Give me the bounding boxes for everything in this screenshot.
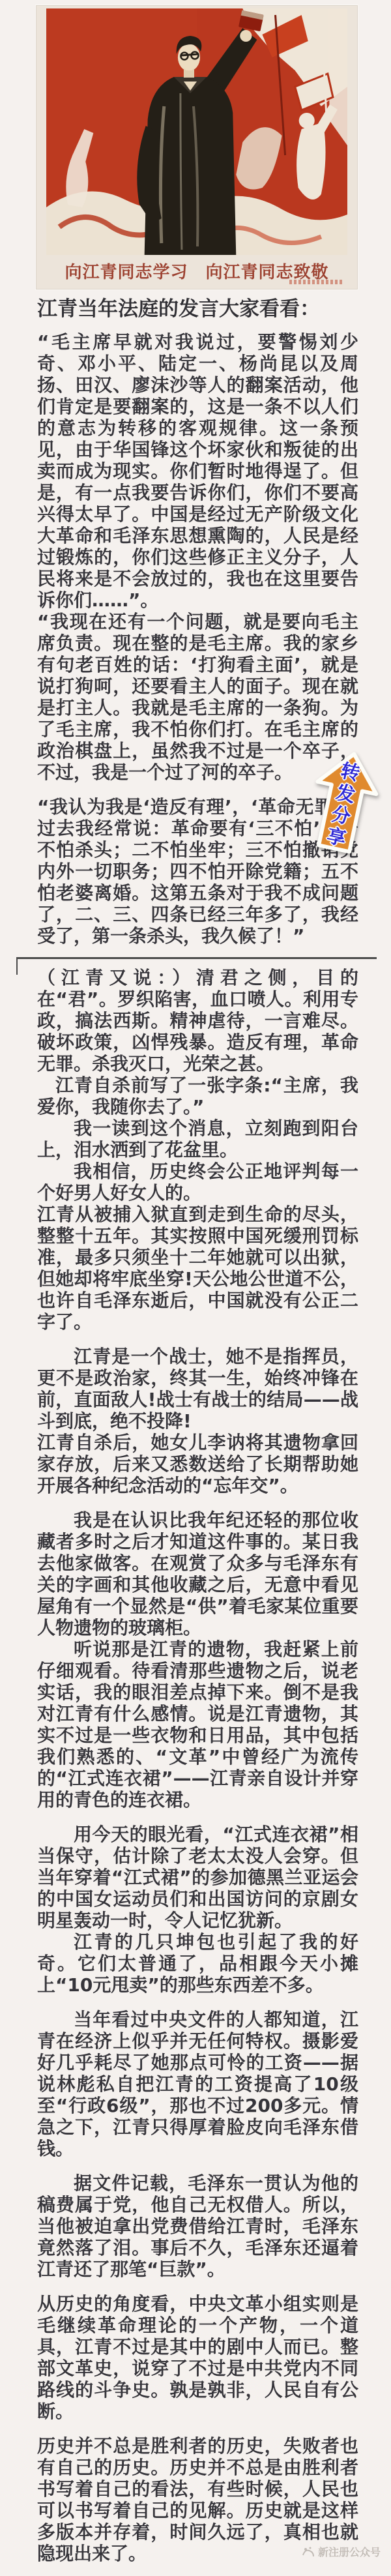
article-paragraph: 据文件记载，毛泽东一贯认为他的稿费属于党，他自己无权借人。所以，当他被迫拿出党费… [37, 2172, 358, 2280]
article-paragraph: 我一读到这个消息，立刻跑到阳台上，泪水洒到了花盆里。 [37, 1118, 358, 1161]
watermark-text: 新注册公众号 [318, 2544, 381, 2559]
watermark: 新注册公众号 [301, 2544, 381, 2559]
article-paragraph: 用今天的眼光看，“江式连衣裙”相当保守，估计除了老太太没人会穿。但当年穿着“江式… [37, 1824, 358, 1931]
section-divider [16, 957, 377, 959]
share-badge-char: 享 [325, 824, 348, 850]
article-title: 江青当年法庭的发言大家看看： [37, 296, 358, 322]
article-paragraph: 江青自杀前写了一张字条:“主席，我爱你，我随你去了。” [37, 1074, 358, 1118]
article-paragraph: 江青是一个战士，她不是指挥员，更不是政治家，终其一生，始终冲锋在前，直面敌人!战… [37, 1346, 358, 1432]
article-paragraph: 当年看过中央文件的人都知道，江青在经济上似乎并无任何特权。摄影爱好几乎耗尽了她那… [37, 2009, 358, 2159]
propaganda-poster: 向江青同志学习 向江青同志致敬 [36, 5, 358, 289]
article-paragraph: 江青自杀后，她女儿李讷将其遗物拿回家存放，后来又悉数送给了长期帮助她开展各种纪念… [37, 1432, 358, 1496]
article-paragraph: 从历史的角度看，中央文革小组实则是毛继续革命理论的一个产物，一个道具，江青不过是… [37, 2293, 358, 2422]
article-paragraph: 我是在认识比我年纪还轻的那位收藏者多时之后才知道这件事的。某日我去他家做客。在观… [37, 1509, 358, 1638]
article-paragraph: （江青又说：）清君之侧，目的在“君”。罗织陷害，血口喷人。利用专政，搞法西斯。精… [37, 967, 358, 1074]
poster-credit-fineprint [289, 280, 343, 284]
poster-caption: 向江青同志学习 向江青同志致敬 [36, 255, 357, 283]
poster-image [46, 8, 347, 255]
article-paragraph: “我现在还有一个问题，就是要向毛主席负责。现在整的是毛主席。我的家乡有句老百姓的… [37, 611, 358, 783]
article-paragraph: 江青从被捕入狱直到走到生命的尽头，整整十五年。其实按照中国死缓刑罚标准，最多只须… [37, 1204, 358, 1333]
watermark-icon [301, 2546, 315, 2558]
article-paragraph: 我相信，历史终会公正地评判每一个好男人好女人的。 [37, 1161, 358, 1204]
share-badge-char: 发 [334, 781, 357, 807]
article: 江青当年法庭的发言大家看看： “毛主席早就对我说过，要警惕刘少奇、邓小平、陆定一… [0, 292, 391, 2564]
article-paragraph: 听说那是江青的遗物，我赶紧上前仔细观看。待看清那些遗物之后，说老实话，我的眼泪差… [37, 1638, 358, 1811]
poster-caption-row: 向江青同志学习 向江青同志致敬 [36, 255, 357, 289]
article-paragraph: 江青的几只坤包也引起了我的好奇。它们太普通了，品相跟今天小摊上“10元甩卖”的那… [37, 1931, 358, 1996]
article-paragraph: “毛主席早就对我说过，要警惕刘少奇、邓小平、陆定一、杨尚昆以及周扬、田汉、廖沫沙… [37, 331, 358, 611]
article-body: “毛主席早就对我说过，要警惕刘少奇、邓小平、陆定一、杨尚昆以及周扬、田汉、廖沫沙… [37, 331, 358, 2564]
